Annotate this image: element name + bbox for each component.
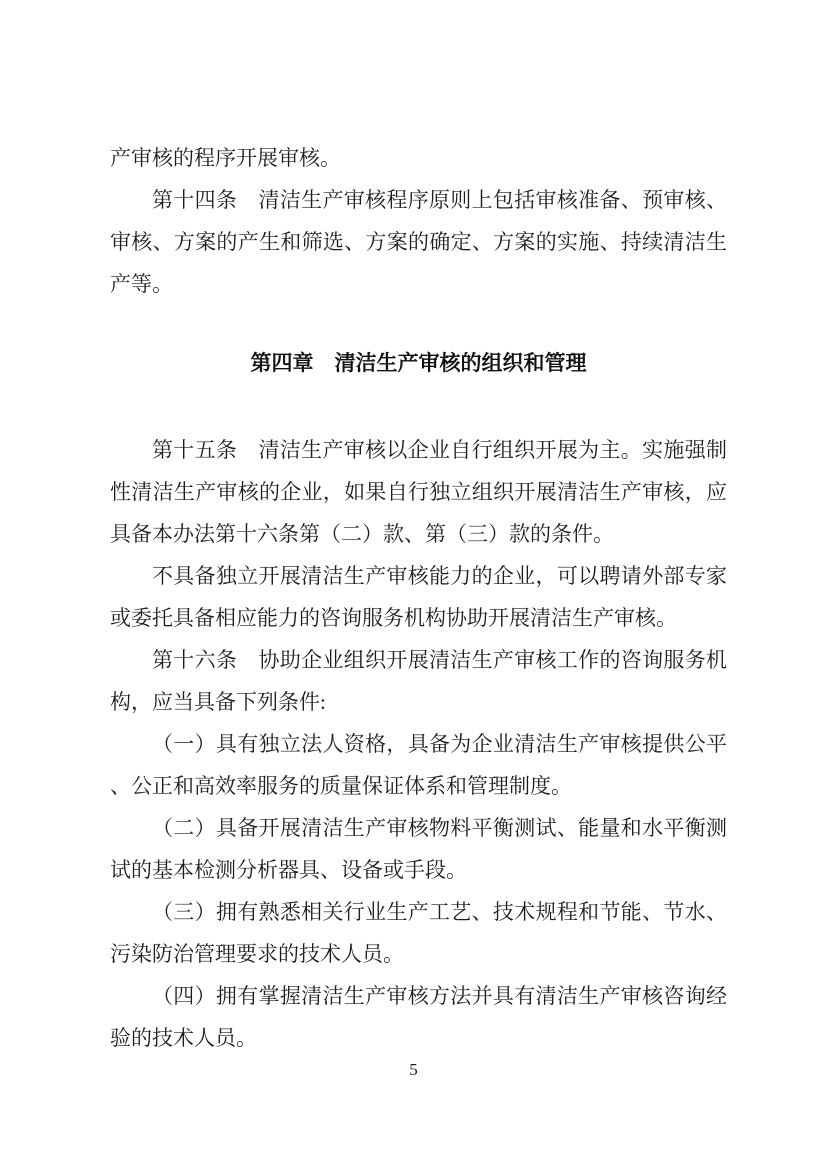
article-14-paragraph: 第十四条 清洁生产审核程序原则上包括审核准备、预审核、审核、方案的产生和筛选、方…: [110, 179, 727, 305]
article-15-paragraph-2: 不具备独立开展清洁生产审核能力的企业，可以聘请外部专家或委托具备相应能力的咨询服…: [110, 555, 727, 639]
continuation-paragraph: 产审核的程序开展审核。: [110, 137, 727, 179]
article-16-item-2: （二）具备开展清洁生产审核物料平衡测试、能量和水平衡测试的基本检测分析器具、设备…: [110, 807, 727, 891]
document-page: 产审核的程序开展审核。 第十四条 清洁生产审核程序原则上包括审核准备、预审核、审…: [0, 0, 827, 1169]
article-16-item-1: （一）具有独立法人资格，具备为企业清洁生产审核提供公平、公正和高效率服务的质量保…: [110, 723, 727, 807]
article-15-paragraph: 第十五条 清洁生产审核以企业自行组织开展为主。实施强制性清洁生产审核的企业，如果…: [110, 429, 727, 555]
page-number: 5: [0, 1058, 827, 1082]
article-16-item-4: （四）拥有掌握清洁生产审核方法并具有清洁生产审核咨询经验的技术人员。: [110, 975, 727, 1059]
article-16-paragraph: 第十六条 协助企业组织开展清洁生产审核工作的咨询服务机构，应当具备下列条件:: [110, 639, 727, 723]
chapter-4-heading: 第四章 清洁生产审核的组织和管理: [110, 343, 727, 385]
article-16-item-3: （三）拥有熟悉相关行业生产工艺、技术规程和节能、节水、污染防治管理要求的技术人员…: [110, 891, 727, 975]
